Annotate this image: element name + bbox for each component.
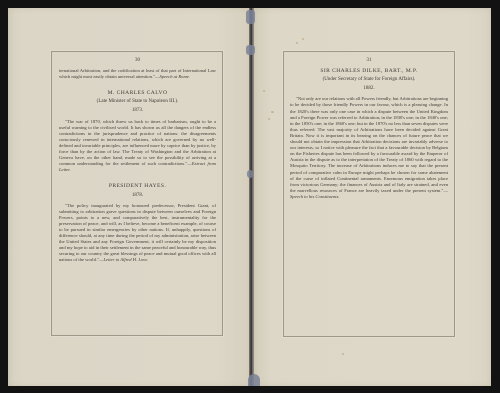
quote-text: "The war of 1870, which threw us back to… <box>59 119 216 167</box>
page-number: 30 <box>59 58 216 64</box>
foxing-stain <box>271 111 274 113</box>
spine-tape-upper <box>246 45 255 55</box>
continuation-paragraph: ternational Arbitration, and the codific… <box>59 68 216 80</box>
left-page-content: 30 ternational Arbitration, and the codi… <box>59 58 216 264</box>
spine-tape-bottom <box>248 374 260 386</box>
right-page-content: 31 SIR CHARLES DILKE, BART., M.P. (Under… <box>290 58 448 200</box>
section-heading: PRESIDENT HAYES. <box>59 183 216 189</box>
foxing-stain <box>263 90 265 92</box>
book-spine <box>249 8 254 386</box>
section-quote: "Not only are our relations with all Pow… <box>290 96 448 200</box>
section-year: 1878. <box>59 193 216 199</box>
foxing-stain <box>302 38 304 40</box>
foxing-stain <box>268 118 270 120</box>
section-year: 1882. <box>290 86 448 92</box>
continuation-source: Speech at Rome. <box>160 74 191 79</box>
section-year: 1873. <box>59 108 216 114</box>
page-number: 31 <box>290 58 448 64</box>
section-hayes: PRESIDENT HAYES. 1878. "The policy inaug… <box>59 183 216 263</box>
section-quote: "The policy inaugurated by my honoured p… <box>59 203 216 264</box>
foxing-stain <box>296 42 298 44</box>
section-subtitle: (Late Minister of State to Napoleon III.… <box>59 99 216 105</box>
foxing-stain <box>342 353 344 355</box>
spine-tape-top <box>246 10 255 24</box>
section-heading: SIR CHARLES DILKE, BART., M.P. <box>290 68 448 74</box>
spine-tape-middle <box>247 170 253 178</box>
section-subtitle: (Under Secretary of State for Foreign Af… <box>290 77 448 83</box>
quote-source: Speech to his Constituents. <box>290 194 340 199</box>
section-heading: M. CHARLES CALVO <box>59 90 216 96</box>
section-quote: "The war of 1870, which threw us back to… <box>59 119 216 174</box>
quote-source: Letter to Alfred H. Love. <box>104 257 149 262</box>
quote-text: "The policy inaugurated by my honoured p… <box>59 203 216 263</box>
section-dilke: SIR CHARLES DILKE, BART., M.P. (Under Se… <box>290 68 448 200</box>
quote-text: "Not only are our relations with all Pow… <box>290 96 448 192</box>
continuation-text: ternational Arbitration, and the codific… <box>59 68 216 79</box>
section-calvo: M. CHARLES CALVO (Late Minister of State… <box>59 90 216 173</box>
